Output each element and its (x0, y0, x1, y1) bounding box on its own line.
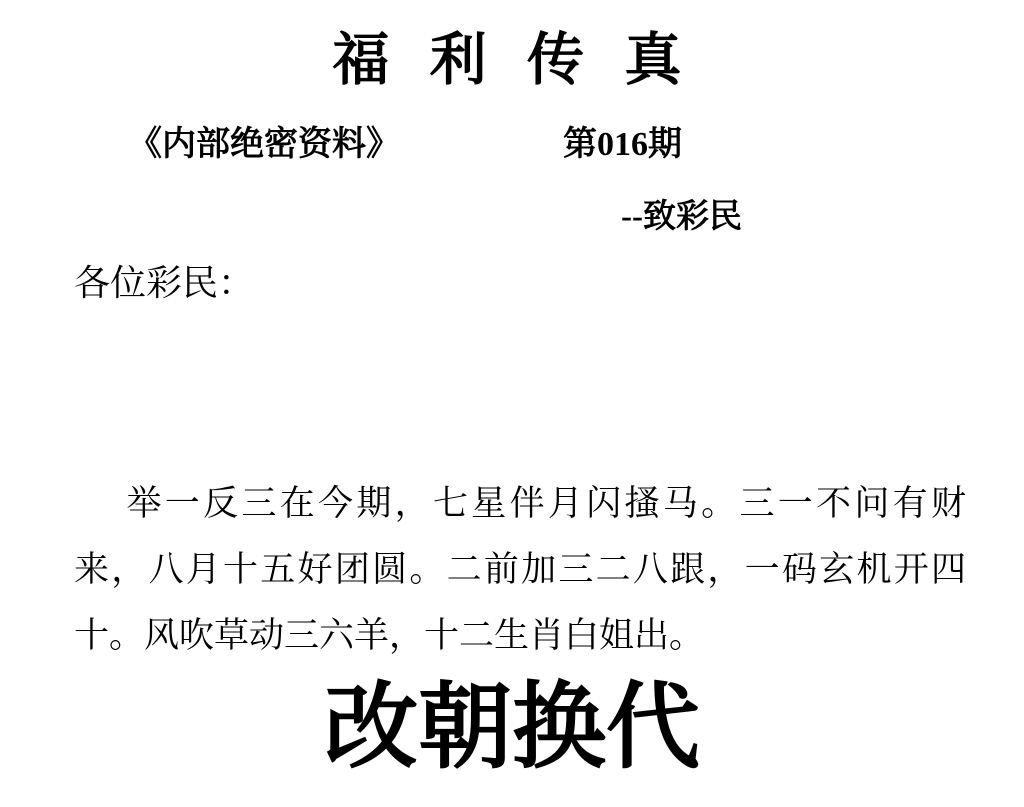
riddle-paragraph: 举一反三在今期，七星伴月闪搔马。三一不问有财来，八月十五好团圆。二前加三二八跟，… (74, 471, 966, 669)
salutation: 各位彩民： (74, 255, 254, 306)
slogan-large-text: 改朝换代 (0, 674, 1024, 782)
subtitle-internal-secret-material: 《内部绝密资料》 (128, 116, 400, 165)
fax-document-page: 福 利 传 真 《内部绝密资料》 第016期 --致彩民 各位彩民： 举一反三在… (0, 0, 1024, 807)
issue-number: 第016期 (563, 116, 682, 165)
dedication-to-lottery-players: --致彩民 (621, 190, 742, 237)
page-title: 福 利 传 真 (0, 14, 1024, 96)
